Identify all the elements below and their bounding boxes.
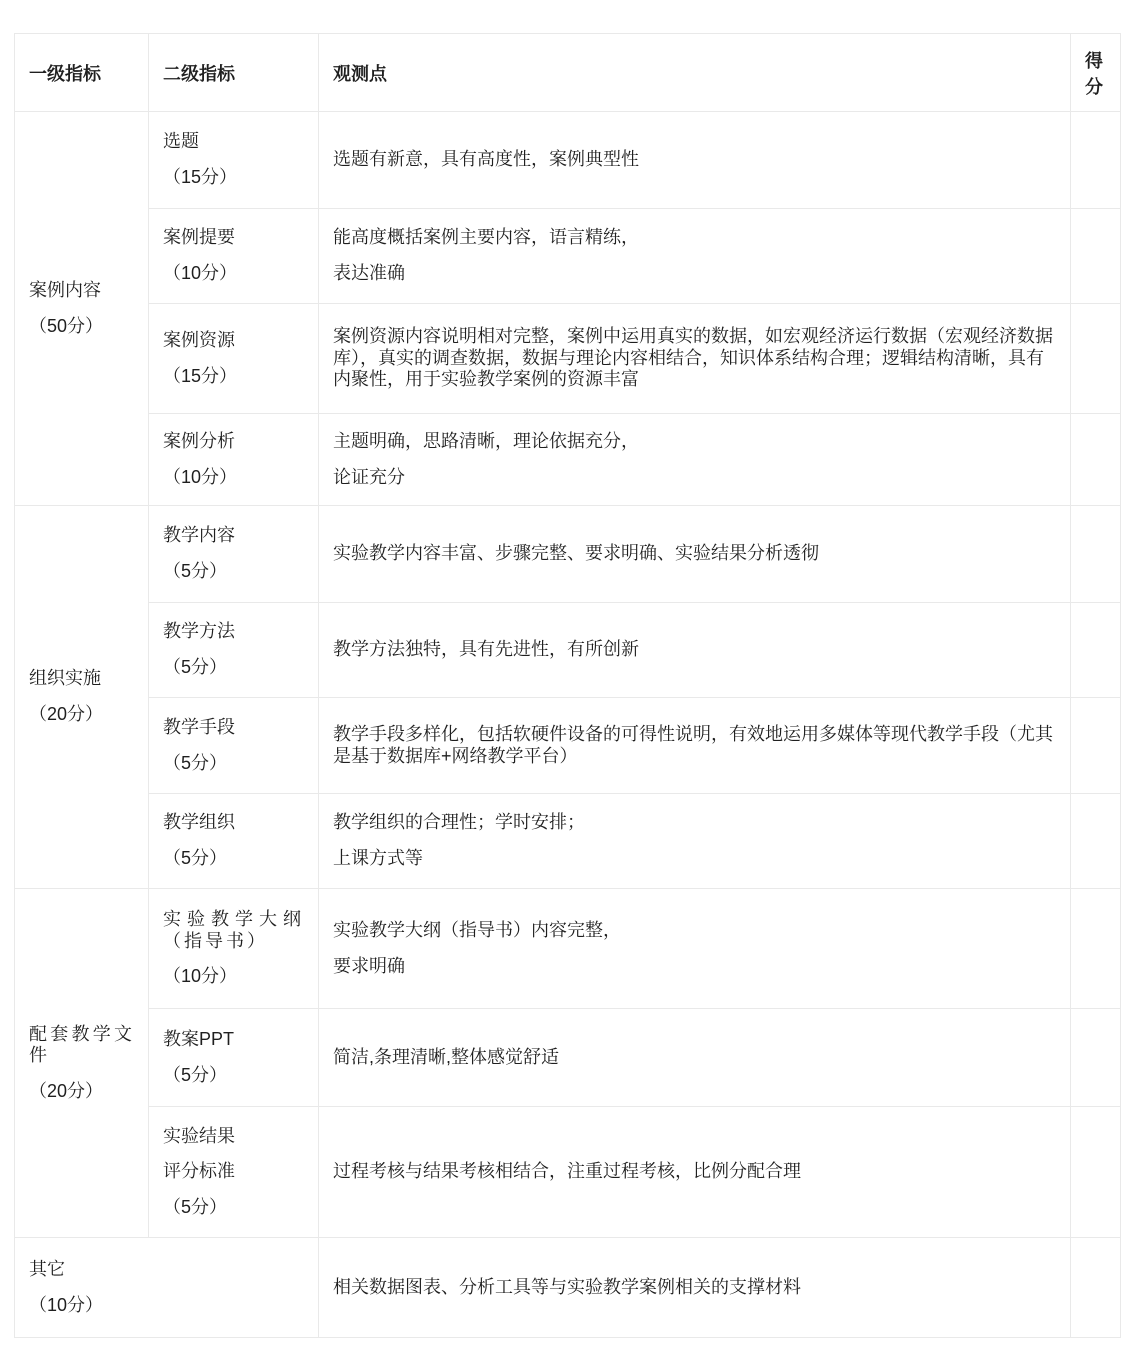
sub-indicator-title: 案例分析	[163, 431, 304, 453]
sub-indicator-title: 教学内容	[163, 525, 304, 547]
observation-cell: 案例资源内容说明相对完整，案例中运用真实的数据，如宏观经济运行数据（宏观经济数据…	[319, 304, 1071, 414]
score-cell[interactable]	[1071, 112, 1121, 209]
document-page: 一级指标 二级指标 观测点 得分 案例内容 （50分） 选题 （15分） 选题有…	[0, 0, 1134, 1364]
sub-indicator-score: （10分）	[163, 263, 304, 285]
primary-indicator-cell: 其它 （10分）	[15, 1238, 319, 1338]
primary-indicator-title: 组织实施	[29, 668, 134, 690]
observation-text: 选题有新意，具有高度性，案例典型性	[333, 149, 1056, 171]
table-row: 案例分析 （10分） 主题明确，思路清晰，理论依据充分， 论证充分	[15, 414, 1121, 506]
table-row: 配套教学文件 （20分） 实验教学大纲（指导书） （10分） 实验教学大纲（指导…	[15, 889, 1121, 1009]
observation-cell: 实验教学大纲（指导书）内容完整， 要求明确	[319, 889, 1071, 1009]
sub-indicator-score: （5分）	[163, 753, 304, 775]
sub-indicator-title: 教案PPT	[163, 1029, 304, 1051]
observation-cell: 实验教学内容丰富、步骤完整、要求明确、实验结果分析透彻	[319, 506, 1071, 603]
header-secondary-indicator: 二级指标	[149, 34, 319, 112]
primary-indicator-cell: 组织实施 （20分）	[15, 506, 149, 889]
sub-indicator-cell: 选题 （15分）	[149, 112, 319, 209]
observation-cell: 教学方法独特，具有先进性，有所创新	[319, 603, 1071, 698]
header-row: 一级指标 二级指标 观测点 得分	[15, 34, 1121, 112]
sub-indicator-score: （5分）	[163, 657, 304, 679]
primary-indicator-title: 案例内容	[29, 280, 134, 302]
table-row: 组织实施 （20分） 教学内容 （5分） 实验教学内容丰富、步骤完整、要求明确、…	[15, 506, 1121, 603]
observation-cell: 主题明确，思路清晰，理论依据充分， 论证充分	[319, 414, 1071, 506]
observation-cell: 过程考核与结果考核相结合，注重过程考核，比例分配合理	[319, 1107, 1071, 1238]
primary-indicator-score: （20分）	[29, 704, 134, 726]
sub-indicator-cell: 实验结果 评分标准 （5分）	[149, 1107, 319, 1238]
primary-indicator-score: （10分）	[29, 1295, 304, 1317]
sub-indicator-title: 实验教学大纲（指导书）	[163, 909, 304, 952]
observation-cell: 能高度概括案例主要内容，语言精练， 表达准确	[319, 209, 1071, 304]
score-cell[interactable]	[1071, 794, 1121, 889]
observation-text: 简洁,条理清晰,整体感觉舒适	[333, 1047, 1056, 1069]
observation-text: 实验教学大纲（指导书）内容完整，	[333, 920, 1056, 942]
sub-indicator-score: （15分）	[163, 167, 304, 189]
table-row: 案例提要 （10分） 能高度概括案例主要内容，语言精练， 表达准确	[15, 209, 1121, 304]
score-cell[interactable]	[1071, 209, 1121, 304]
table-row: 教案PPT （5分） 简洁,条理清晰,整体感觉舒适	[15, 1009, 1121, 1107]
sub-indicator-title: 选题	[163, 131, 304, 153]
observation-cell: 教学手段多样化，包括软硬件设备的可得性说明，有效地运用多媒体等现代教学手段（尤其…	[319, 698, 1071, 794]
table-row: 案例内容 （50分） 选题 （15分） 选题有新意，具有高度性，案例典型性	[15, 112, 1121, 209]
table-row: 教学组织 （5分） 教学组织的合理性；学时安排； 上课方式等	[15, 794, 1121, 889]
score-cell[interactable]	[1071, 1009, 1121, 1107]
score-cell[interactable]	[1071, 1107, 1121, 1238]
observation-text: 实验教学内容丰富、步骤完整、要求明确、实验结果分析透彻	[333, 543, 1056, 565]
evaluation-table: 一级指标 二级指标 观测点 得分 案例内容 （50分） 选题 （15分） 选题有…	[14, 33, 1121, 1338]
sub-indicator-cell: 教案PPT （5分）	[149, 1009, 319, 1107]
primary-indicator-cell: 配套教学文件 （20分）	[15, 889, 149, 1238]
table-row: 实验结果 评分标准 （5分） 过程考核与结果考核相结合，注重过程考核，比例分配合…	[15, 1107, 1121, 1238]
header-observation-point: 观测点	[319, 34, 1071, 112]
sub-indicator-cell: 教学手段 （5分）	[149, 698, 319, 794]
header-score: 得分	[1071, 34, 1121, 112]
observation-cell: 相关数据图表、分析工具等与实验教学案例相关的支撑材料	[319, 1238, 1071, 1338]
observation-cell: 简洁,条理清晰,整体感觉舒适	[319, 1009, 1071, 1107]
sub-indicator-cell: 案例分析 （10分）	[149, 414, 319, 506]
primary-indicator-cell: 案例内容 （50分）	[15, 112, 149, 506]
sub-indicator-title: 案例资源	[163, 330, 304, 352]
sub-indicator-cell: 教学组织 （5分）	[149, 794, 319, 889]
observation-text: 教学方法独特，具有先进性，有所创新	[333, 639, 1056, 661]
primary-indicator-score: （20分）	[29, 1081, 134, 1103]
primary-indicator-title: 配套教学文件	[29, 1024, 134, 1067]
primary-indicator-title: 其它	[29, 1259, 304, 1281]
observation-text: 能高度概括案例主要内容，语言精练，	[333, 227, 1056, 249]
sub-indicator-title: 教学组织	[163, 812, 304, 834]
sub-indicator-cell: 案例资源 （15分）	[149, 304, 319, 414]
sub-indicator-title: 实验结果	[163, 1126, 304, 1148]
score-cell[interactable]	[1071, 506, 1121, 603]
score-cell[interactable]	[1071, 1238, 1121, 1338]
sub-indicator-cell: 案例提要 （10分）	[149, 209, 319, 304]
observation-text: 上课方式等	[333, 848, 1056, 870]
sub-indicator-score: （10分）	[163, 966, 304, 988]
observation-text: 过程考核与结果考核相结合，注重过程考核，比例分配合理	[333, 1161, 1056, 1183]
score-cell[interactable]	[1071, 414, 1121, 506]
observation-text: 教学组织的合理性；学时安排；	[333, 812, 1056, 834]
sub-indicator-score: （15分）	[163, 366, 304, 388]
primary-indicator-score: （50分）	[29, 316, 134, 338]
score-cell[interactable]	[1071, 889, 1121, 1009]
table-row: 案例资源 （15分） 案例资源内容说明相对完整，案例中运用真实的数据，如宏观经济…	[15, 304, 1121, 414]
score-cell[interactable]	[1071, 304, 1121, 414]
observation-text: 论证充分	[333, 467, 1056, 489]
sub-indicator-score: （5分）	[163, 848, 304, 870]
header-primary-indicator: 一级指标	[15, 34, 149, 112]
sub-indicator-score: （5分）	[163, 1197, 304, 1219]
sub-indicator-title: 案例提要	[163, 227, 304, 249]
observation-text: 要求明确	[333, 956, 1056, 978]
observation-text: 教学手段多样化，包括软硬件设备的可得性说明，有效地运用多媒体等现代教学手段（尤其…	[333, 724, 1056, 767]
table-row: 教学方法 （5分） 教学方法独特，具有先进性，有所创新	[15, 603, 1121, 698]
score-cell[interactable]	[1071, 698, 1121, 794]
observation-cell: 教学组织的合理性；学时安排； 上课方式等	[319, 794, 1071, 889]
sub-indicator-score: （5分）	[163, 561, 304, 583]
observation-text: 案例资源内容说明相对完整，案例中运用真实的数据，如宏观经济运行数据（宏观经济数据…	[333, 326, 1056, 391]
sub-indicator-title: 评分标准	[163, 1161, 304, 1183]
sub-indicator-cell: 实验教学大纲（指导书） （10分）	[149, 889, 319, 1009]
observation-text: 主题明确，思路清晰，理论依据充分，	[333, 431, 1056, 453]
sub-indicator-score: （5分）	[163, 1065, 304, 1087]
sub-indicator-title: 教学手段	[163, 717, 304, 739]
table-row: 其它 （10分） 相关数据图表、分析工具等与实验教学案例相关的支撑材料	[15, 1238, 1121, 1338]
sub-indicator-title: 教学方法	[163, 621, 304, 643]
score-cell[interactable]	[1071, 603, 1121, 698]
observation-cell: 选题有新意，具有高度性，案例典型性	[319, 112, 1071, 209]
observation-text: 表达准确	[333, 263, 1056, 285]
observation-text: 相关数据图表、分析工具等与实验教学案例相关的支撑材料	[333, 1277, 1056, 1299]
sub-indicator-cell: 教学方法 （5分）	[149, 603, 319, 698]
sub-indicator-cell: 教学内容 （5分）	[149, 506, 319, 603]
sub-indicator-score: （10分）	[163, 467, 304, 489]
table-row: 教学手段 （5分） 教学手段多样化，包括软硬件设备的可得性说明，有效地运用多媒体…	[15, 698, 1121, 794]
